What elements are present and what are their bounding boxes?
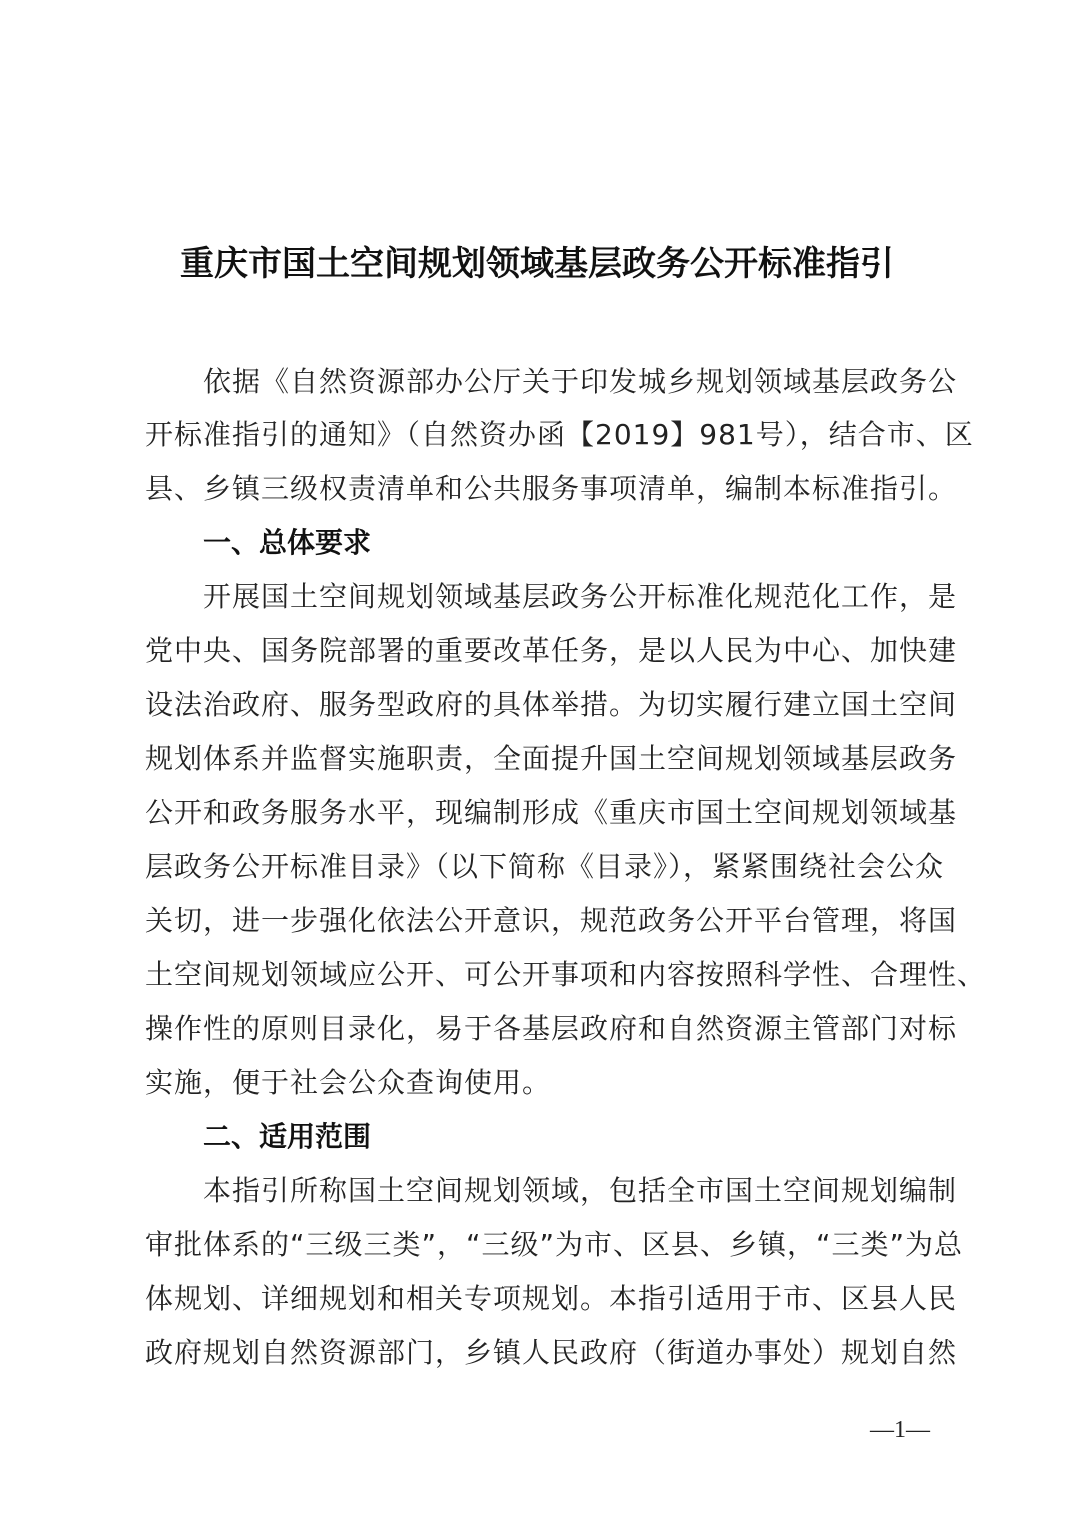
section-2-line: 政府规划自然资源部门，乡镇人民政府（街道办事处）规划自然: [145, 1333, 940, 1373]
section-1-line: 规划体系并监督实施职责，全面提升国土空间规划领域基层政务: [145, 739, 940, 779]
section-1-line: 设法治政府、服务型政府的具体举措。为切实履行建立国土空间: [145, 685, 940, 725]
section-2-line: 审批体系的“三级三类”，“三级”为市、区县、乡镇，“三类”为总: [145, 1225, 940, 1265]
section-1-line: 实施，便于社会公众查询使用。: [145, 1063, 940, 1103]
section-heading-scope: 二、适用范围: [203, 1117, 371, 1157]
page-number: —1—: [870, 1414, 930, 1446]
section-1-line: 土空间规划领域应公开、可公开事项和内容按照科学性、合理性、: [145, 955, 940, 995]
section-2-line: 本指引所称国土空间规划领域，包括全市国土空间规划编制: [203, 1171, 940, 1211]
section-1-line: 开展国土空间规划领域基层政务公开标准化规范化工作，是: [203, 577, 940, 617]
section-1-line: 公开和政务服务水平，现编制形成《重庆市国土空间规划领域基: [145, 793, 940, 833]
section-1-line: 层政务公开标准目录》（以下简称《目录》），紧紧围绕社会公众: [145, 847, 940, 887]
section-heading-general-requirements: 一、总体要求: [203, 523, 371, 563]
section-1-line: 党中央、国务院部署的重要改革任务，是以人民为中心、加快建: [145, 631, 940, 671]
intro-line: 依据《自然资源部办公厅关于印发城乡规划领域基层政务公: [203, 362, 940, 402]
section-1-line: 操作性的原则目录化，易于各基层政府和自然资源主管部门对标: [145, 1009, 940, 1049]
section-2-line: 体规划、详细规划和相关专项规划。本指引适用于市、区县人民: [145, 1279, 940, 1319]
section-1-line: 关切，进一步强化依法公开意识，规范政务公开平台管理，将国: [145, 901, 940, 941]
document-title: 重庆市国土空间规划领域基层政务公开标准指引: [0, 236, 1074, 292]
document-page: 重庆市国土空间规划领域基层政务公开标准指引 依据《自然资源部办公厅关于印发城乡规…: [0, 0, 1074, 1520]
intro-line: 开标准指引的通知》（自然资办函【2019】981号），结合市、区: [145, 415, 940, 455]
intro-line: 县、乡镇三级权责清单和公共服务事项清单，编制本标准指引。: [145, 469, 940, 509]
